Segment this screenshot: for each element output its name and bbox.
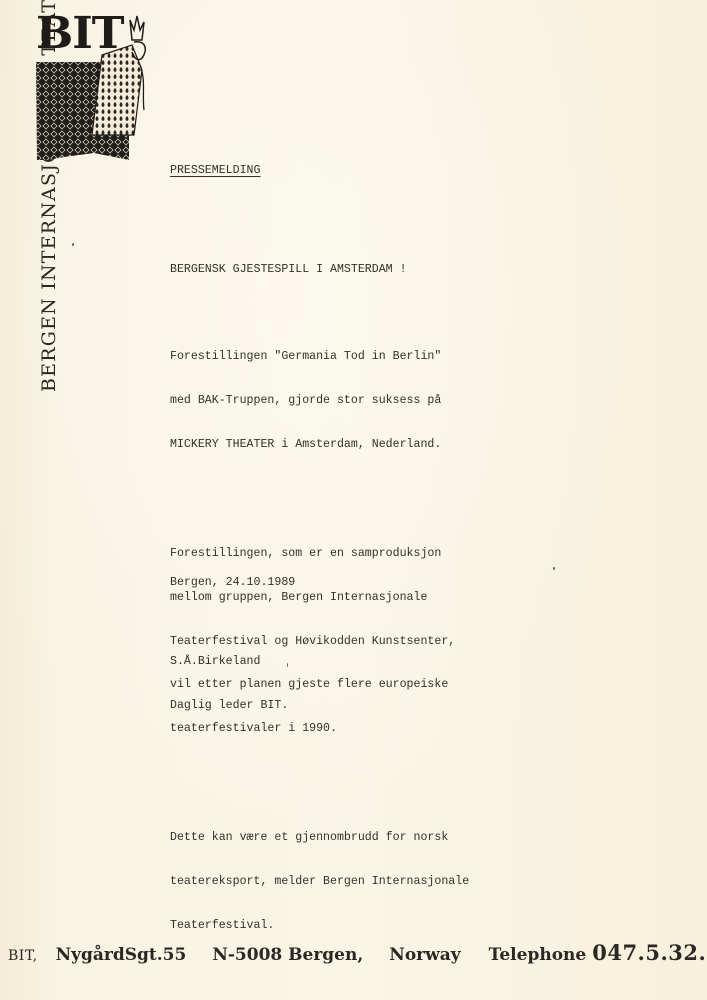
document-heading: PRESSEMELDING	[170, 164, 260, 179]
logo-title: BIT	[36, 12, 124, 56]
signature-title: Daglig leder BIT.	[170, 699, 288, 714]
place-date: Bergen, 24.10.1989	[170, 576, 295, 591]
paper-speck	[287, 663, 288, 667]
letterhead-footer: BIT, NygårdSgt.55 N-5008 Bergen, Norway …	[8, 940, 698, 965]
paragraph-line: mellom gruppen, Bergen Internasjonale	[170, 591, 469, 606]
paragraph-3: Dette kan være et gjennombrudd for norsk…	[170, 802, 469, 963]
footer-telephone-label: Telephone	[489, 945, 587, 965]
paper-speck	[553, 567, 555, 570]
footer-country: Norway	[389, 945, 460, 965]
footer-zip-city: N-5008 Bergen,	[212, 945, 363, 965]
paper-speck	[72, 243, 74, 246]
signature-block: S.Å.Birkeland Daglig leder BIT.	[170, 626, 288, 743]
footer-org: BIT,	[8, 948, 38, 964]
paragraph-1: Forestillingen "Germania Tod in Berlin" …	[170, 321, 469, 482]
paragraph-line: Dette kan være et gjennombrudd for norsk	[170, 831, 469, 846]
paragraph-line: teatereksport, melder Bergen Internasjon…	[170, 875, 469, 890]
paragraph-line: med BAK-Truppen, gjorde stor suksess på	[170, 394, 469, 409]
footer-street: NygårdSgt.55	[56, 945, 187, 965]
paragraph-line: MICKERY THEATER i Amsterdam, Nederland.	[170, 438, 469, 453]
paragraph-line: Teaterfestival.	[170, 919, 469, 934]
footer-telephone: 047.5.32.9328	[592, 940, 707, 965]
document-title: BERGENSK GJESTESPILL I AMSTERDAM !	[170, 263, 407, 278]
paragraph-line: Forestillingen "Germania Tod in Berlin"	[170, 350, 469, 365]
letter-page: BERGEN INTERNASJONALE TEATER FESTIVAL	[0, 0, 707, 1000]
bit-logo: BIT	[34, 10, 154, 160]
signature-name: S.Å.Birkeland	[170, 655, 288, 670]
paragraph-line: Forestillingen, som er en samproduksjon	[170, 547, 469, 562]
